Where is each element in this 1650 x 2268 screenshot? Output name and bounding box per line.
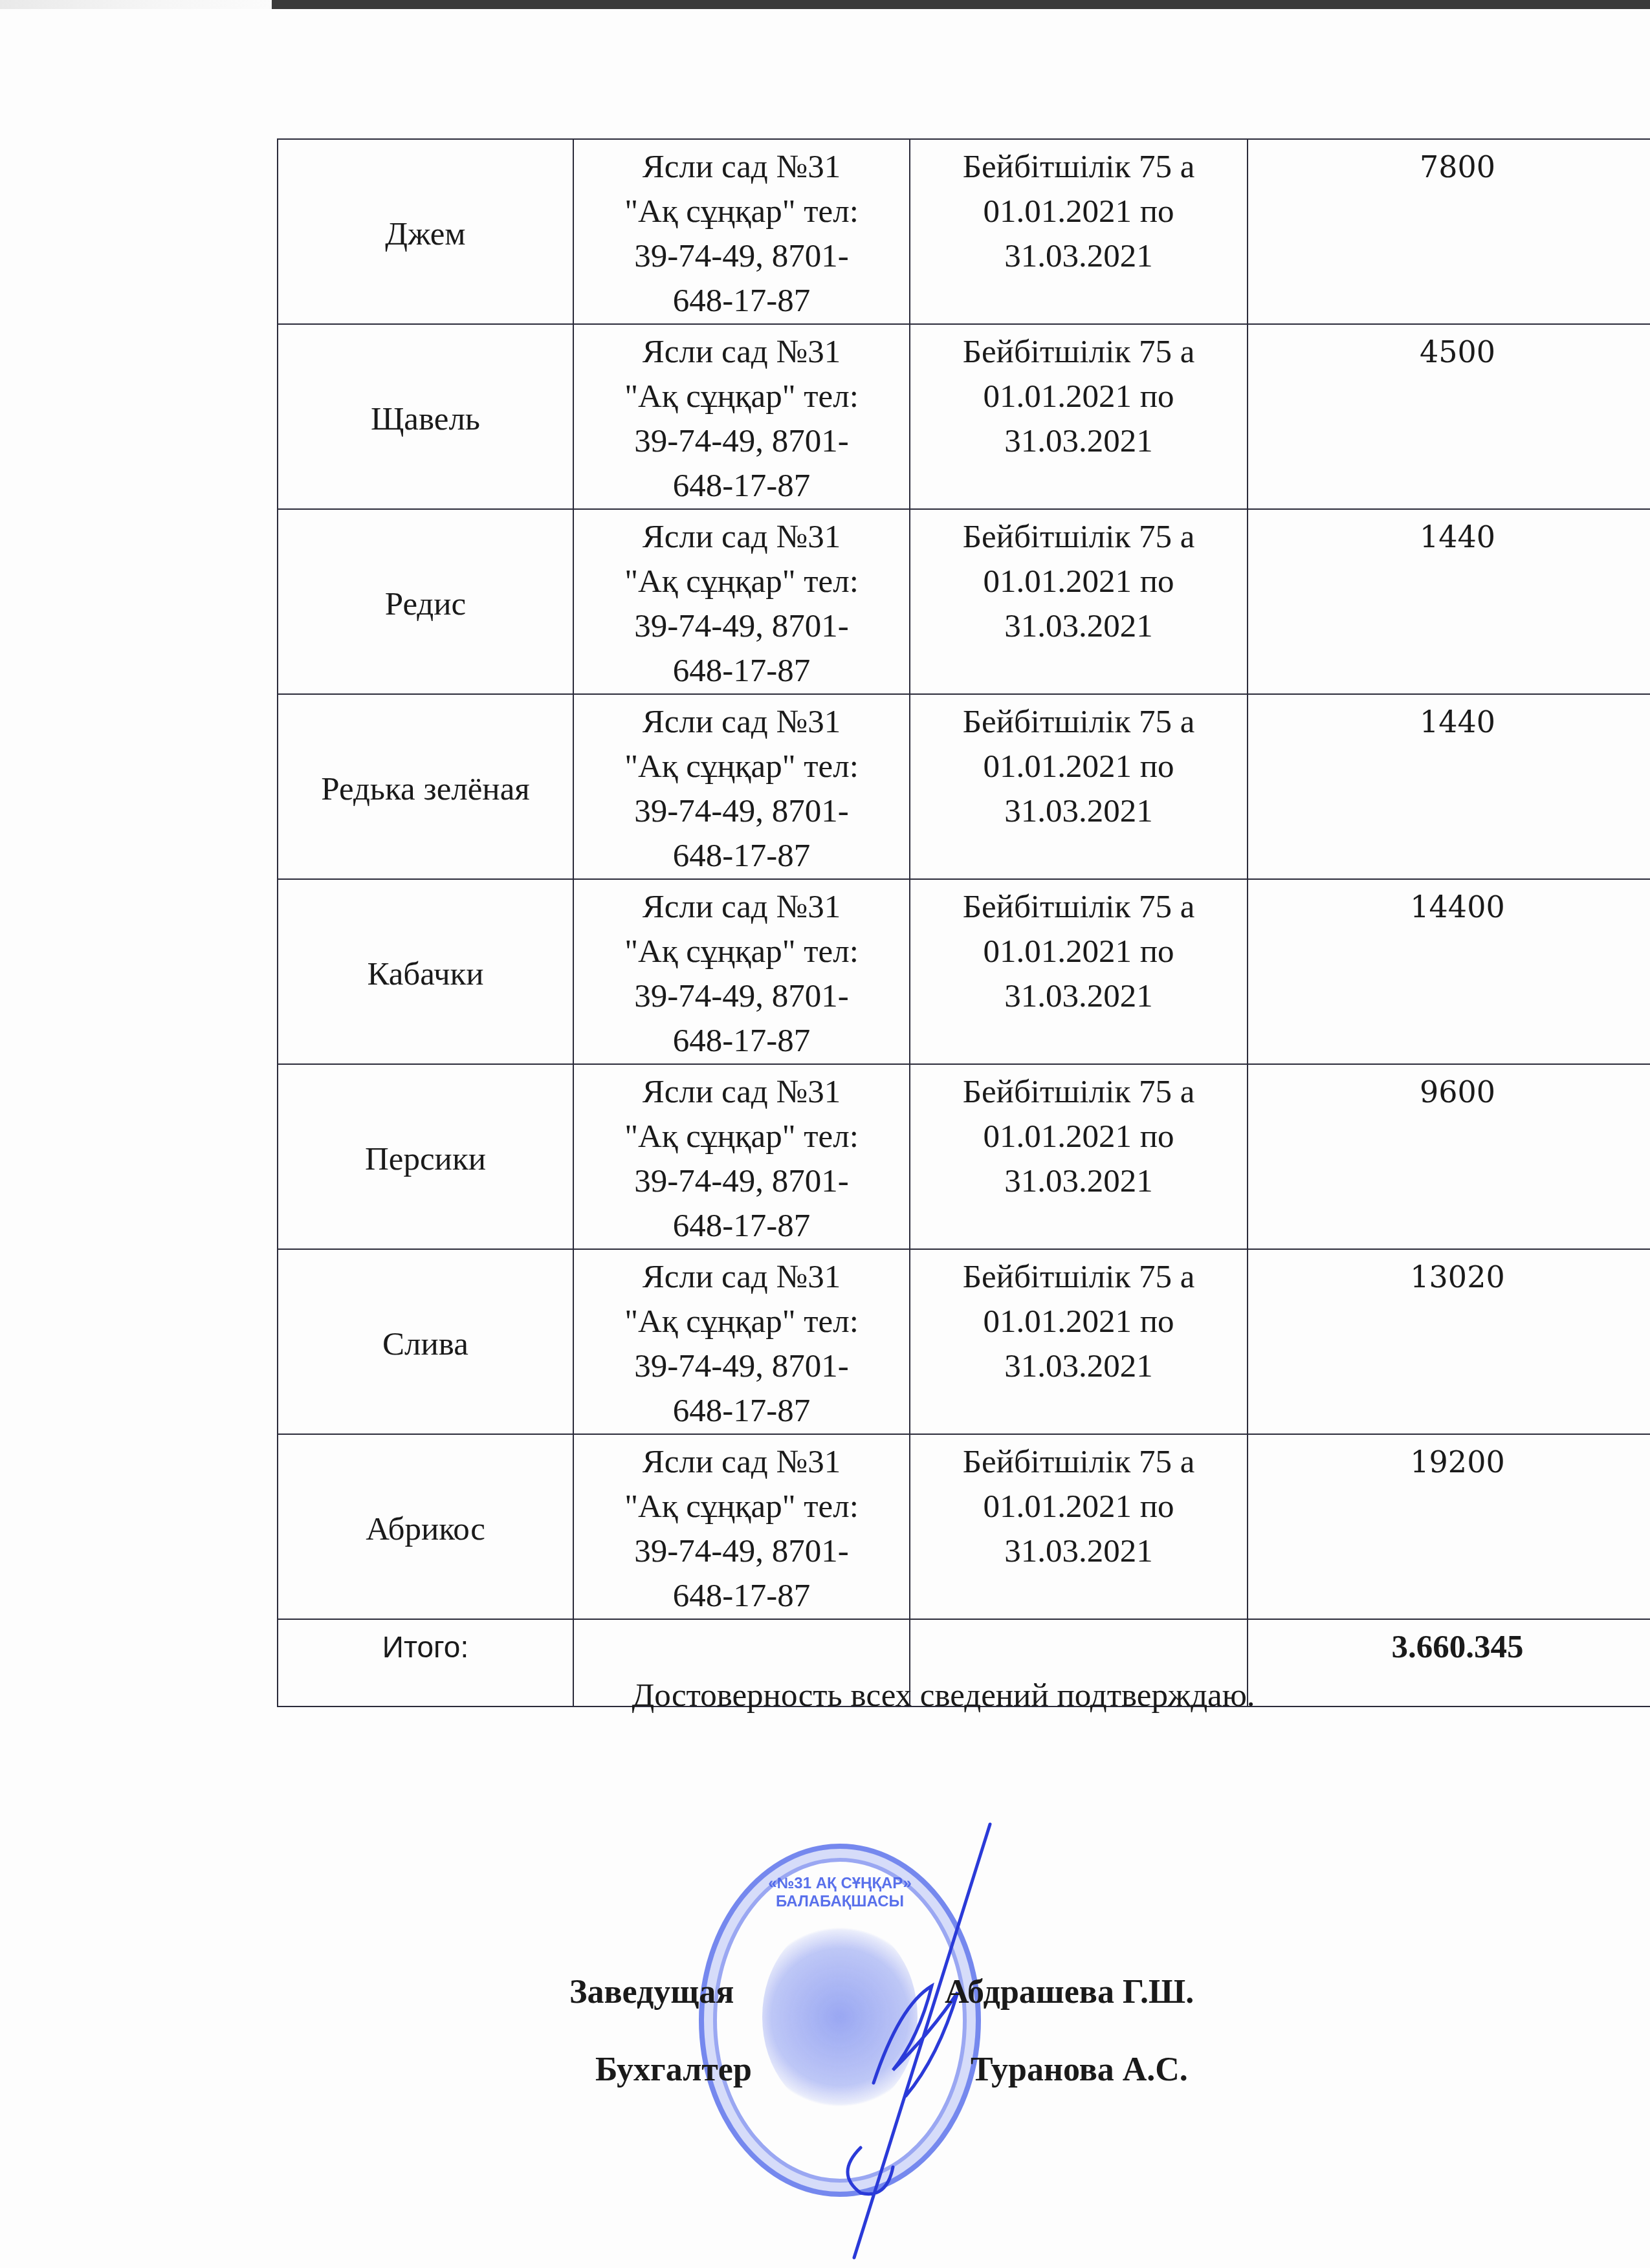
provider-line: Ясли сад №31 [580, 515, 903, 560]
provider-line: Ясли сад №31 [580, 1440, 903, 1485]
provider-cell: Ясли сад №31"Ақ сұңқар" тел:39-74-49, 87… [573, 139, 910, 324]
provider-line: 39-74-49, 8701- [580, 234, 903, 279]
provider-line: 648-17-87 [580, 464, 903, 508]
address-line: 31.03.2021 [917, 974, 1240, 1019]
address-period-cell: Бейбітшілік 75 а01.01.2021 по31.03.2021 [910, 324, 1248, 509]
amount-cell: 4500 [1248, 324, 1650, 509]
confirmation-statement: Достоверность всех сведений подтверждаю. [277, 1677, 1610, 1714]
address-period-cell: Бейбітшілік 75 а01.01.2021 по31.03.2021 [910, 1249, 1248, 1434]
address-line: Бейбітшілік 75 а [917, 700, 1240, 745]
amount-cell: 1440 [1248, 509, 1650, 694]
address-line: 01.01.2021 по [917, 190, 1240, 234]
address-line: 31.03.2021 [917, 604, 1240, 649]
table-row: АбрикосЯсли сад №31"Ақ сұңқар" тел:39-74… [278, 1434, 1650, 1619]
address-line: 31.03.2021 [917, 1529, 1240, 1574]
address-line: 31.03.2021 [917, 789, 1240, 834]
provider-line: 39-74-49, 8701- [580, 789, 903, 834]
signatory-name: Туранова А.С. [971, 2051, 1188, 2089]
product-name: Кабачки [278, 879, 573, 1064]
address-line: 01.01.2021 по [917, 1485, 1240, 1529]
table-row: ЩавельЯсли сад №31"Ақ сұңқар" тел:39-74-… [278, 324, 1650, 509]
provider-line: Ясли сад №31 [580, 1255, 903, 1300]
amount-cell: 13020 [1248, 1249, 1650, 1434]
report-table: ДжемЯсли сад №31"Ақ сұңқар" тел:39-74-49… [277, 138, 1650, 1707]
provider-cell: Ясли сад №31"Ақ сұңқар" тел:39-74-49, 87… [573, 694, 910, 879]
product-name: Редис [278, 509, 573, 694]
table-row: КабачкиЯсли сад №31"Ақ сұңқар" тел:39-74… [278, 879, 1650, 1064]
provider-cell: Ясли сад №31"Ақ сұңқар" тел:39-74-49, 87… [573, 509, 910, 694]
product-name: Слива [278, 1249, 573, 1434]
provider-line: 39-74-49, 8701- [580, 974, 903, 1019]
signature-row-head: Заведущая Абдрашева Г.Ш. [569, 1973, 1281, 2051]
amount-cell: 7800 [1248, 139, 1650, 324]
address-line: Бейбітшілік 75 а [917, 145, 1240, 190]
provider-cell: Ясли сад №31"Ақ сұңқар" тел:39-74-49, 87… [573, 1249, 910, 1434]
address-line: Бейбітшілік 75 а [917, 515, 1240, 560]
amount-cell: 9600 [1248, 1064, 1650, 1249]
address-line: 01.01.2021 по [917, 745, 1240, 789]
address-line: 31.03.2021 [917, 1344, 1240, 1389]
product-name: Редька зелёная [278, 694, 573, 879]
address-line: Бейбітшілік 75 а [917, 1440, 1240, 1485]
provider-line: Ясли сад №31 [580, 330, 903, 375]
provider-cell: Ясли сад №31"Ақ сұңқар" тел:39-74-49, 87… [573, 1434, 910, 1619]
amount-cell: 14400 [1248, 879, 1650, 1064]
provider-line: 39-74-49, 8701- [580, 604, 903, 649]
address-line: 01.01.2021 по [917, 1300, 1240, 1344]
provider-line: 648-17-87 [580, 1019, 903, 1063]
address-line: 31.03.2021 [917, 419, 1240, 464]
address-line: 31.03.2021 [917, 1159, 1240, 1204]
address-period-cell: Бейбітшілік 75 а01.01.2021 по31.03.2021 [910, 509, 1248, 694]
provider-line: 648-17-87 [580, 1389, 903, 1434]
amount-cell: 19200 [1248, 1434, 1650, 1619]
table-row: Редька зелёнаяЯсли сад №31"Ақ сұңқар" те… [278, 694, 1650, 879]
scan-top-edge [272, 0, 1650, 9]
provider-cell: Ясли сад №31"Ақ сұңқар" тел:39-74-49, 87… [573, 1064, 910, 1249]
address-period-cell: Бейбітшілік 75 а01.01.2021 по31.03.2021 [910, 879, 1248, 1064]
signature-row-accountant: Бухгалтер Туранова А.С. [569, 2051, 1281, 2128]
address-period-cell: Бейбітшілік 75 а01.01.2021 по31.03.2021 [910, 1434, 1248, 1619]
address-period-cell: Бейбітшілік 75 а01.01.2021 по31.03.2021 [910, 139, 1248, 324]
address-line: 01.01.2021 по [917, 560, 1240, 604]
address-line: 31.03.2021 [917, 234, 1240, 279]
signatory-role: Заведущая [569, 1973, 734, 2011]
product-name: Щавель [278, 324, 573, 509]
provider-line: "Ақ сұңқар" тел: [580, 1300, 903, 1344]
provider-line: 648-17-87 [580, 279, 903, 323]
table-row: РедисЯсли сад №31"Ақ сұңқар" тел:39-74-4… [278, 509, 1650, 694]
provider-line: "Ақ сұңқар" тел: [580, 930, 903, 974]
provider-line: "Ақ сұңқар" тел: [580, 745, 903, 789]
provider-line: Ясли сад №31 [580, 700, 903, 745]
provider-line: 648-17-87 [580, 1574, 903, 1619]
address-line: 01.01.2021 по [917, 375, 1240, 419]
amount-cell: 1440 [1248, 694, 1650, 879]
provider-line: 39-74-49, 8701- [580, 1529, 903, 1574]
provider-line: "Ақ сұңқар" тел: [580, 1115, 903, 1159]
signature-block: Заведущая Абдрашева Г.Ш. Бухгалтер Туран… [569, 1973, 1281, 2128]
provider-line: 648-17-87 [580, 649, 903, 693]
address-period-cell: Бейбітшілік 75 а01.01.2021 по31.03.2021 [910, 1064, 1248, 1249]
product-name: Абрикос [278, 1434, 573, 1619]
product-name: Персики [278, 1064, 573, 1249]
signatory-name: Абдрашева Г.Ш. [945, 1973, 1194, 2011]
address-line: Бейбітшілік 75 а [917, 330, 1240, 375]
provider-line: 648-17-87 [580, 1204, 903, 1248]
provider-cell: Ясли сад №31"Ақ сұңқар" тел:39-74-49, 87… [573, 879, 910, 1064]
provider-line: 39-74-49, 8701- [580, 1159, 903, 1204]
table-row: СливаЯсли сад №31"Ақ сұңқар" тел:39-74-4… [278, 1249, 1650, 1434]
address-line: 01.01.2021 по [917, 1115, 1240, 1159]
provider-line: Ясли сад №31 [580, 1070, 903, 1115]
product-name: Джем [278, 139, 573, 324]
provider-line: 39-74-49, 8701- [580, 1344, 903, 1389]
provider-cell: Ясли сад №31"Ақ сұңқар" тел:39-74-49, 87… [573, 324, 910, 509]
signatory-role: Бухгалтер [595, 2051, 752, 2089]
provider-line: "Ақ сұңқар" тел: [580, 560, 903, 604]
provider-line: "Ақ сұңқар" тел: [580, 1485, 903, 1529]
table-row: ПерсикиЯсли сад №31"Ақ сұңқар" тел:39-74… [278, 1064, 1650, 1249]
provider-line: 39-74-49, 8701- [580, 419, 903, 464]
provider-line: "Ақ сұңқар" тел: [580, 190, 903, 234]
table-row: ДжемЯсли сад №31"Ақ сұңқар" тел:39-74-49… [278, 139, 1650, 324]
provider-line: "Ақ сұңқар" тел: [580, 375, 903, 419]
address-period-cell: Бейбітшілік 75 а01.01.2021 по31.03.2021 [910, 694, 1248, 879]
address-line: Бейбітшілік 75 а [917, 1255, 1240, 1300]
provider-line: Ясли сад №31 [580, 885, 903, 930]
address-line: Бейбітшілік 75 а [917, 1070, 1240, 1115]
provider-line: 648-17-87 [580, 834, 903, 878]
provider-line: Ясли сад №31 [580, 145, 903, 190]
address-line: Бейбітшілік 75 а [917, 885, 1240, 930]
address-line: 01.01.2021 по [917, 930, 1240, 974]
